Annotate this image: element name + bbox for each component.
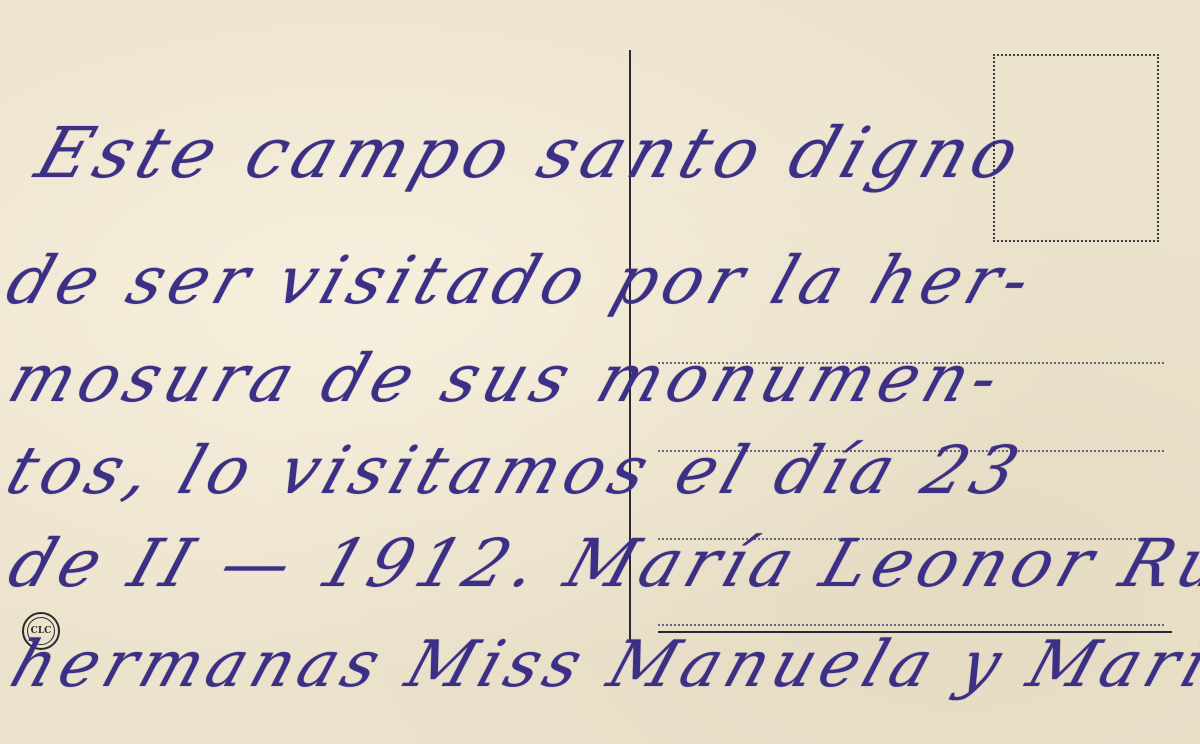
message-line-4: tos, lo visitamos el día 23 bbox=[0, 432, 1034, 509]
message-line-3: mosura de sus monumen- bbox=[0, 340, 1014, 417]
message-line-6: hermanas Miss Manuela y María bbox=[2, 628, 1200, 702]
message-line-2: de ser visitado por la her- bbox=[0, 242, 1046, 319]
address-line-4 bbox=[658, 624, 1164, 626]
postcard-back: CLC Este campo santo digno de ser visita… bbox=[0, 0, 1200, 744]
message-line-5: de II — 1912. María Leonor Ruiz bbox=[0, 525, 1200, 602]
message-line-1: Este campo santo digno bbox=[27, 112, 1035, 194]
